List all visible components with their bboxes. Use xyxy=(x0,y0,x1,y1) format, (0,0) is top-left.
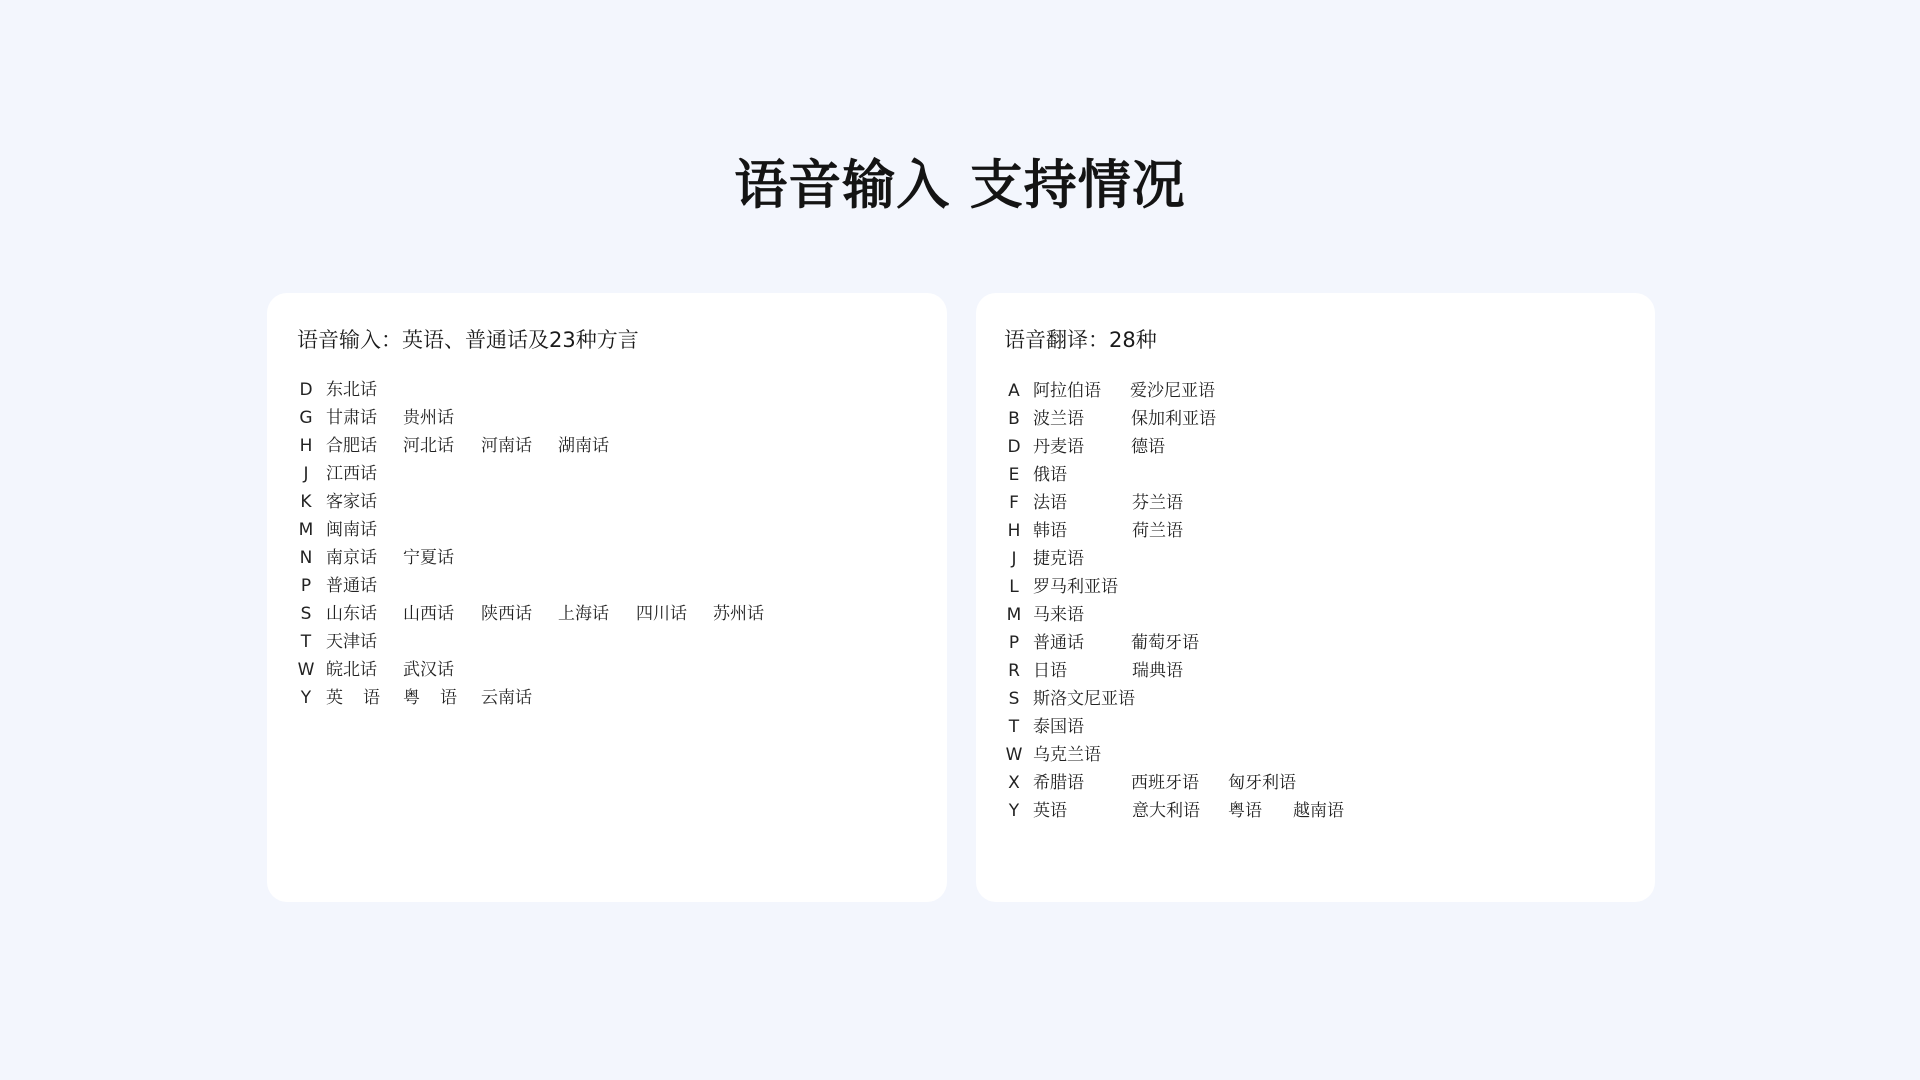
language-row-l: L 罗马利亚语 xyxy=(976,573,1655,601)
dialect-row-y: Y 英语 粤语 云南话 xyxy=(267,684,947,712)
language-item: 西班牙语 xyxy=(1131,769,1199,797)
language-item: 波兰语 xyxy=(1033,405,1084,433)
language-item: 马来语 xyxy=(1033,601,1084,629)
language-item: 泰国语 xyxy=(1033,713,1084,741)
language-item: 丹麦语 xyxy=(1033,433,1084,461)
language-item: 阿拉伯语 xyxy=(1033,377,1101,405)
language-row-p: P 普通话 葡萄牙语 xyxy=(976,629,1655,657)
language-item: 捷克语 xyxy=(1033,545,1084,573)
dialect-item: 河北话 xyxy=(403,432,454,460)
dialect-item: 合肥话 xyxy=(326,432,377,460)
index-letter: T xyxy=(296,628,316,656)
dialect-row-k: K 客家话 xyxy=(267,488,947,516)
dialect-row-p: P 普通话 xyxy=(267,572,947,600)
index-letter: J xyxy=(296,460,316,488)
index-letter: H xyxy=(296,432,316,460)
dialect-item: 甘肃话 xyxy=(326,404,377,432)
index-letter: R xyxy=(1004,657,1024,685)
language-row-e: E 俄语 xyxy=(976,461,1655,489)
language-item: 芬兰语 xyxy=(1132,489,1183,517)
language-item: 法语 xyxy=(1033,489,1067,517)
language-item: 越南语 xyxy=(1293,797,1344,825)
language-item: 保加利亚语 xyxy=(1131,405,1216,433)
dialect-item: 四川话 xyxy=(636,600,687,628)
dialect-item: 普通话 xyxy=(326,572,377,600)
language-item: 爱沙尼亚语 xyxy=(1130,377,1215,405)
language-row-b: B 波兰语 保加利亚语 xyxy=(976,405,1655,433)
dialect-item: 英语 xyxy=(326,684,380,712)
voice-input-card: 语音输入：英语、普通话及23种方言 D 东北话 G 甘肃话 贵州话 H 合肥话 … xyxy=(267,293,947,902)
dialect-item: 宁夏话 xyxy=(403,544,454,572)
index-letter: P xyxy=(1004,629,1024,657)
dialect-item: 东北话 xyxy=(326,376,377,404)
language-row-j: J 捷克语 xyxy=(976,545,1655,573)
index-letter: W xyxy=(1004,741,1024,769)
index-letter: P xyxy=(296,572,316,600)
index-letter: F xyxy=(1004,489,1024,517)
index-letter: D xyxy=(1004,433,1024,461)
language-item: 斯洛文尼亚语 xyxy=(1033,685,1135,713)
dialect-item: 闽南话 xyxy=(326,516,377,544)
dialect-item: 南京话 xyxy=(326,544,377,572)
index-letter: M xyxy=(1004,601,1024,629)
dialect-row-n: N 南京话 宁夏话 xyxy=(267,544,947,572)
index-letter: D xyxy=(296,376,316,404)
language-row-d: D 丹麦语 德语 xyxy=(976,433,1655,461)
index-letter: S xyxy=(1004,685,1024,713)
language-item: 粤语 xyxy=(1228,797,1262,825)
dialect-item: 苏州话 xyxy=(713,600,764,628)
dialect-item: 贵州话 xyxy=(403,404,454,432)
index-letter: L xyxy=(1004,573,1024,601)
dialect-item: 山东话 xyxy=(326,600,377,628)
dialect-item: 湖南话 xyxy=(558,432,609,460)
language-item: 匈牙利语 xyxy=(1228,769,1296,797)
index-letter: S xyxy=(296,600,316,628)
language-item: 德语 xyxy=(1131,433,1165,461)
language-item: 俄语 xyxy=(1033,461,1067,489)
language-row-m: M 马来语 xyxy=(976,601,1655,629)
language-row-f: F 法语 芬兰语 xyxy=(976,489,1655,517)
index-letter: W xyxy=(296,656,316,684)
language-item: 英语 xyxy=(1033,797,1067,825)
language-item: 瑞典语 xyxy=(1132,657,1183,685)
dialect-row-w: W 皖北话 武汉话 xyxy=(267,656,947,684)
dialect-item: 上海话 xyxy=(558,600,609,628)
language-item: 韩语 xyxy=(1033,517,1067,545)
dialect-item: 陕西话 xyxy=(481,600,532,628)
index-letter: N xyxy=(296,544,316,572)
index-letter: A xyxy=(1004,377,1024,405)
dialect-item: 武汉话 xyxy=(403,656,454,684)
voice-translation-card: 语音翻译：28种 A 阿拉伯语 爱沙尼亚语 B 波兰语 保加利亚语 D 丹麦语 … xyxy=(976,293,1655,902)
dialect-item: 河南话 xyxy=(481,432,532,460)
language-row-x: X 希腊语 西班牙语 匈牙利语 xyxy=(976,769,1655,797)
dialect-item: 天津话 xyxy=(326,628,377,656)
dialect-item: 江西话 xyxy=(326,460,377,488)
index-letter: Y xyxy=(1004,797,1024,825)
dialect-row-d: D 东北话 xyxy=(267,376,947,404)
dialect-row-t: T 天津话 xyxy=(267,628,947,656)
index-letter: G xyxy=(296,404,316,432)
language-row-y: Y 英语 意大利语 粤语 越南语 xyxy=(976,797,1655,825)
index-letter: M xyxy=(296,516,316,544)
language-row-s: S 斯洛文尼亚语 xyxy=(976,685,1655,713)
index-letter: Y xyxy=(296,684,316,712)
language-row-h: H 韩语 荷兰语 xyxy=(976,517,1655,545)
index-letter: X xyxy=(1004,769,1024,797)
dialect-row-s: S 山东话 山西话 陕西话 上海话 四川话 苏州话 xyxy=(267,600,947,628)
language-row-r: R 日语 瑞典语 xyxy=(976,657,1655,685)
dialect-row-m: M 闽南话 xyxy=(267,516,947,544)
index-letter: H xyxy=(1004,517,1024,545)
dialect-item: 云南话 xyxy=(481,684,532,712)
language-item: 日语 xyxy=(1033,657,1067,685)
dialect-item: 皖北话 xyxy=(326,656,377,684)
language-row-a: A 阿拉伯语 爱沙尼亚语 xyxy=(976,377,1655,405)
language-item: 葡萄牙语 xyxy=(1131,629,1199,657)
index-letter: E xyxy=(1004,461,1024,489)
language-row-t: T 泰国语 xyxy=(976,713,1655,741)
dialect-item: 山西话 xyxy=(403,600,454,628)
index-letter: T xyxy=(1004,713,1024,741)
dialect-item: 粤语 xyxy=(403,684,457,712)
language-item: 希腊语 xyxy=(1033,769,1084,797)
dialect-row-g: G 甘肃话 贵州话 xyxy=(267,404,947,432)
voice-input-heading: 语音输入：英语、普通话及23种方言 xyxy=(297,326,639,354)
language-item: 普通话 xyxy=(1033,629,1084,657)
index-letter: B xyxy=(1004,405,1024,433)
language-item: 意大利语 xyxy=(1132,797,1200,825)
index-letter: J xyxy=(1004,545,1024,573)
language-row-w: W 乌克兰语 xyxy=(976,741,1655,769)
language-item: 荷兰语 xyxy=(1132,517,1183,545)
dialect-item: 客家话 xyxy=(326,488,377,516)
dialect-row-j: J 江西话 xyxy=(267,460,947,488)
page-title: 语音输入 支持情况 xyxy=(0,152,1920,220)
index-letter: K xyxy=(296,488,316,516)
voice-translation-heading: 语音翻译：28种 xyxy=(1004,326,1157,354)
dialect-row-h: H 合肥话 河北话 河南话 湖南话 xyxy=(267,432,947,460)
language-item: 罗马利亚语 xyxy=(1033,573,1118,601)
language-item: 乌克兰语 xyxy=(1033,741,1101,769)
